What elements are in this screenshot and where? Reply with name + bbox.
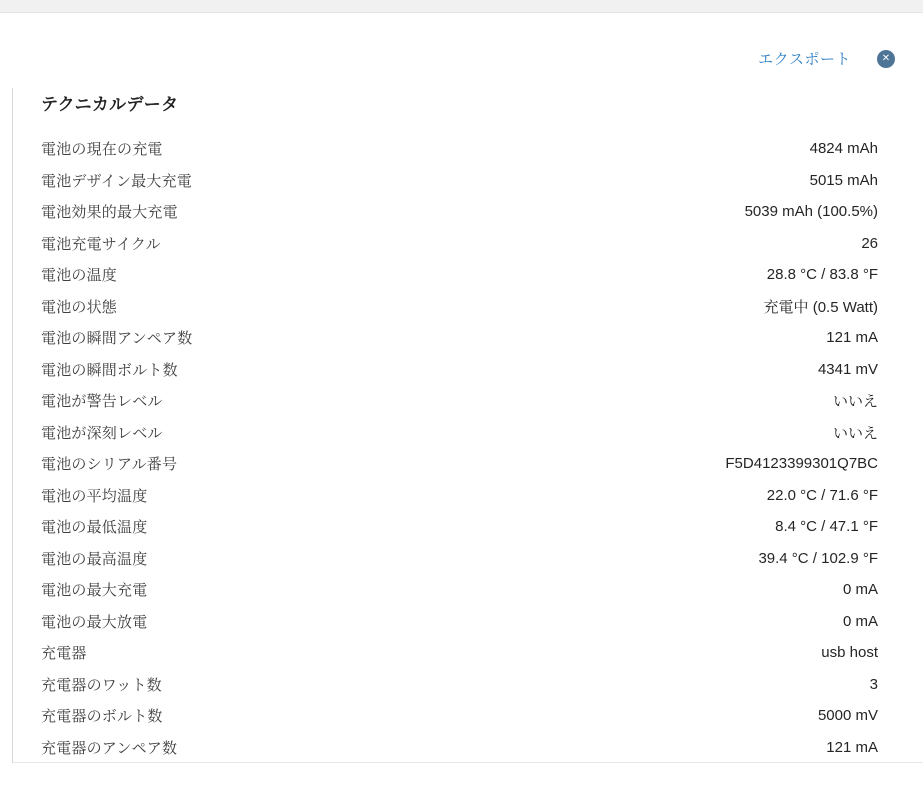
row-value: 39.4 °C / 102.9 °F [758, 550, 878, 567]
row-value: 5039 mAh (100.5%) [745, 203, 878, 220]
table-row: 電池の最大放電0 mA [41, 606, 878, 638]
row-value: 121 mA [826, 739, 878, 756]
row-label: 電池効果的最大充電 [41, 201, 178, 222]
table-row: 電池の瞬間ボルト数4341 mV [41, 354, 878, 386]
technical-data-rows: 電池の現在の充電4824 mAh電池デザイン最大充電5015 mAh電池効果的最… [41, 133, 878, 763]
row-value: 0 mA [843, 613, 878, 630]
row-label: 電池の現在の充電 [41, 138, 163, 159]
row-value: 26 [861, 235, 878, 252]
row-label: 電池の瞬間アンペア数 [41, 327, 192, 348]
row-label: 充電器のボルト数 [41, 705, 163, 726]
row-value: 4341 mV [818, 361, 878, 378]
row-value: 0 mA [843, 581, 878, 598]
table-row: 電池の温度28.8 °C / 83.8 °F [41, 259, 878, 291]
row-label: 電池の最高温度 [41, 548, 147, 569]
table-row: 電池の最低温度8.4 °C / 47.1 °F [41, 511, 878, 543]
row-value: F5D4123399301Q7BC [725, 455, 878, 472]
row-value: 28.8 °C / 83.8 °F [767, 266, 878, 283]
row-label: 電池充電サイクル [41, 233, 161, 254]
table-row: 電池の最大充電0 mA [41, 574, 878, 606]
row-label: 電池の状態 [41, 296, 117, 317]
table-row: 充電器のアンペア数121 mA [41, 732, 878, 764]
row-label: 電池デザイン最大充電 [41, 170, 192, 191]
table-row: 電池が警告レベルいいえ [41, 385, 878, 417]
row-label: 電池の瞬間ボルト数 [41, 359, 178, 380]
row-value: 4824 mAh [810, 140, 878, 157]
table-row: 電池の状態充電中 (0.5 Watt) [41, 291, 878, 323]
row-label: 電池の平均温度 [41, 485, 147, 506]
row-label: 電池の最大充電 [41, 579, 147, 600]
table-row: 電池充電サイクル26 [41, 228, 878, 260]
table-row: 電池の瞬間アンペア数121 mA [41, 322, 878, 354]
row-value: 22.0 °C / 71.6 °F [767, 487, 878, 504]
dialog-header-actions: エクスポート ✕ [758, 48, 895, 69]
row-value: いいえ [833, 390, 878, 411]
row-value: 8.4 °C / 47.1 °F [775, 518, 878, 535]
table-row: 電池効果的最大充電5039 mAh (100.5%) [41, 196, 878, 228]
row-label: 電池が深刻レベル [41, 422, 163, 443]
row-label: 電池のシリアル番号 [41, 453, 177, 474]
table-row: 充電器usb host [41, 637, 878, 669]
row-label: 充電器のアンペア数 [41, 737, 177, 758]
row-value: 121 mA [826, 329, 878, 346]
row-label: 電池が警告レベル [41, 390, 163, 411]
export-button[interactable]: エクスポート [758, 48, 851, 69]
row-value: 充電中 (0.5 Watt) [764, 296, 878, 317]
table-row: 電池が深刻レベルいいえ [41, 417, 878, 449]
page-title: テクニカルデータ [41, 90, 878, 115]
row-value: 5000 mV [818, 707, 878, 724]
technical-data-panel: テクニカルデータ 電池の現在の充電4824 mAh電池デザイン最大充電5015 … [12, 88, 923, 763]
row-label: 充電器のワット数 [41, 674, 162, 695]
row-label: 電池の温度 [41, 264, 117, 285]
row-value: usb host [821, 644, 878, 661]
table-row: 電池の平均温度22.0 °C / 71.6 °F [41, 480, 878, 512]
background-page-strip [0, 0, 923, 13]
row-value: 5015 mAh [810, 172, 878, 189]
row-label: 充電器 [41, 642, 87, 663]
row-value: 3 [870, 676, 878, 693]
close-button[interactable]: ✕ [877, 50, 895, 68]
table-row: 電池のシリアル番号F5D4123399301Q7BC [41, 448, 878, 480]
row-value: いいえ [833, 422, 878, 443]
table-row: 電池の最高温度39.4 °C / 102.9 °F [41, 543, 878, 575]
table-row: 電池デザイン最大充電5015 mAh [41, 165, 878, 197]
table-row: 充電器のボルト数5000 mV [41, 700, 878, 732]
row-label: 電池の最大放電 [41, 611, 147, 632]
row-label: 電池の最低温度 [41, 516, 147, 537]
table-row: 電池の現在の充電4824 mAh [41, 133, 878, 165]
close-icon: ✕ [882, 54, 890, 64]
table-row: 充電器のワット数3 [41, 669, 878, 701]
